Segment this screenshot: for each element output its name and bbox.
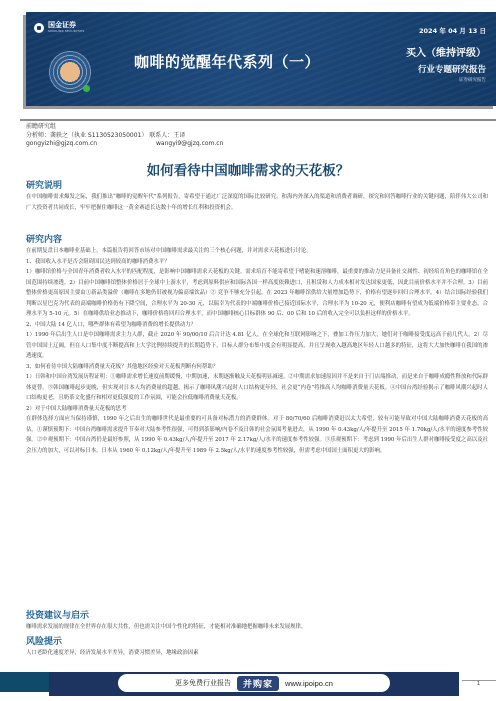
footer-ad-link[interactable]: 更多免费行业报告 并购家 www.ipoipo.cn	[118, 674, 390, 692]
report-date: 2024 年 04 月 13 日	[419, 26, 486, 35]
series-title: 咖啡的觉醒年代系列（一）	[134, 51, 320, 72]
paragraph: 1）日韩和中国台湾发展历程证明：①咖啡需求增长速度前期缓慢，中期加速，末期逐渐触…	[26, 372, 488, 404]
promo-text: 更多免费行业报告	[175, 678, 231, 688]
section-intro: 研究说明 在中国咖啡需求爆发之际，我们推出“咖啡的觉醒年代”系列报告，寄希望于通…	[26, 181, 488, 213]
analyst-info: 前瞻研究组 分析师：龚轶之（执业 S1130523050001） 联系人：王译 …	[26, 123, 185, 149]
section-investment: 投资建议与启示 咖啡需求发展的规律在全世界存在很大共性，但也需关注中国个性化的特…	[26, 611, 488, 633]
section-heading: 投资建议与启示	[26, 611, 488, 622]
section-risk: 风险提示 人口老龄化速度差异，经济发展水平差异，消费习惯差异，地缘政治因素	[26, 637, 488, 659]
question-2: 2、中国大陆 14 亿人口，哪些群体有希望为咖啡消费的增长提供动力？	[26, 320, 488, 331]
qr-code-icon	[44, 46, 96, 98]
analyst-line: 分析师：龚轶之（执业 S1130523050001） 联系人：王译	[26, 132, 185, 141]
section-heading: 研究内容	[26, 235, 488, 246]
research-team: 前瞻研究组	[26, 123, 185, 132]
report-type: 行业专题研究报告	[418, 63, 486, 75]
paragraph: 在前期复盘日本咖啡业基础上，本篇报告将回答市场对中国咖啡需求最关注的三个核心问题…	[26, 246, 488, 257]
report-banner: 国金证券 SINOLINK SECURITIES 咖啡的觉醒年代系列（一） 20…	[26, 12, 496, 106]
rating-label: 买入（维持评级）	[406, 44, 486, 59]
section-text: 在中国咖啡需求爆发之际，我们推出“咖啡的觉醒年代”系列报告，寄希望于通过广泛深度…	[26, 192, 488, 213]
paragraph: 在群体选择方面应当保持谨慎，1990 年之后出生的咖啡世代是最重要的可具备对标潜…	[26, 414, 488, 456]
paragraph: 1）咖啡馆价格与全国青年消费者收入水平的匹配程度，是影响中国咖啡需求天花板的关键…	[26, 267, 488, 320]
company-logo: 国金证券 SINOLINK SECURITIES	[34, 22, 85, 33]
report-subtype: 证券研究报告	[459, 77, 486, 83]
section-text: 人口老龄化速度差异，经济发展水平差异，消费习惯差异，地缘政治因素	[26, 648, 488, 659]
section-content: 研究内容 在前期复盘日本咖啡业基础上，本篇报告将回答市场对中国咖啡需求最关注的三…	[26, 235, 488, 456]
subheading: 2）对于中国大陆咖啡消费量天花板的思考	[26, 404, 488, 415]
page-number: 1	[477, 681, 480, 687]
site-url[interactable]: www.ipoipo.cn	[285, 679, 333, 688]
contact-email[interactable]: wangyi9@gjzq.com.cn	[156, 140, 223, 149]
section-text: 咖啡需求发展的规律在全世界存在很大共性，但也需关注中国个性化的特征，才能相对准确…	[26, 622, 488, 633]
logo-subtitle: SINOLINK SECURITIES	[48, 29, 85, 33]
analyst-email[interactable]: gongyizhi@gjzq.com.cn	[26, 140, 97, 149]
logo-mark-icon	[34, 23, 44, 33]
section-heading: 研究说明	[26, 181, 488, 192]
brand-badge: 并购家	[237, 676, 279, 691]
paragraph: 1）1990 年后出生人口是中国咖啡需求主力人群，截止 2020 年 90/00…	[26, 330, 488, 362]
section-heading: 风险提示	[26, 637, 488, 648]
logo-name: 国金证券	[48, 22, 85, 29]
header-divider	[20, 119, 496, 121]
question-1: 1、我国收入水平是否会阻碍国民达到较高的咖啡消费水平？	[26, 257, 488, 268]
wechat-badge-icon	[83, 85, 90, 92]
report-headline: 如何看待中国咖啡需求的天花板？	[0, 159, 496, 179]
question-3: 3、如何看待中国大陆咖啡消费量天花板？其他地区经验对天花板判断有何帮助？	[26, 362, 488, 373]
